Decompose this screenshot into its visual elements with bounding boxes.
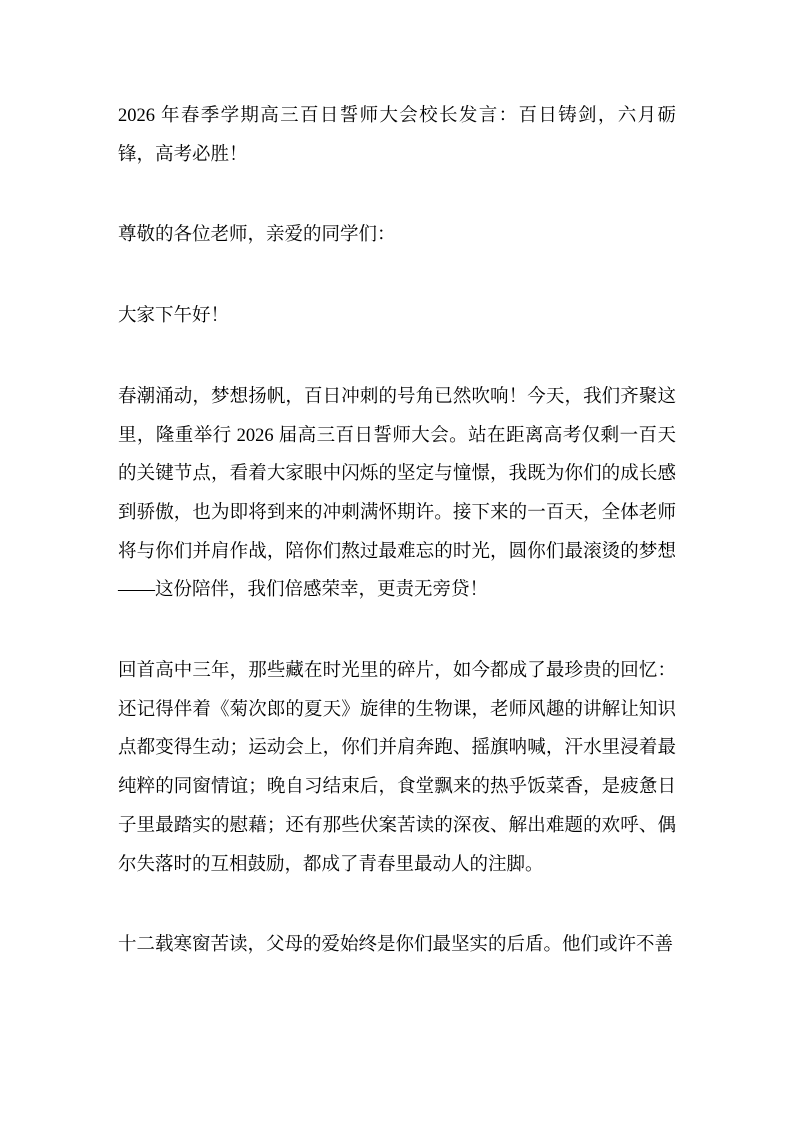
body-paragraph-2: 回首高中三年，那些藏在时光里的碎片，如今都成了最珍贵的回忆：还记得伴着《菊次郎的… [118, 652, 676, 884]
body-paragraph-1: 春潮涌动，梦想扬帆，百日冲刺的号角已然吹响！今天，我们齐聚这里，隆重举行 202… [118, 378, 676, 610]
salutation-line: 大家下午好！ [118, 297, 676, 336]
greeting-line: 尊敬的各位老师，亲爱的同学们： [118, 216, 676, 255]
document-page: 2026 年春季学期高三百日誓师大会校长发言：百日铸剑，六月砺锋，高考必胜！ 尊… [0, 0, 793, 1122]
body-paragraph-3-truncated: 十二载寒窗苦读，父母的爱始终是你们最坚实的后盾。他们或许不善 [118, 926, 676, 965]
document-title: 2026 年春季学期高三百日誓师大会校长发言：百日铸剑，六月砺锋，高考必胜！ [118, 97, 676, 174]
